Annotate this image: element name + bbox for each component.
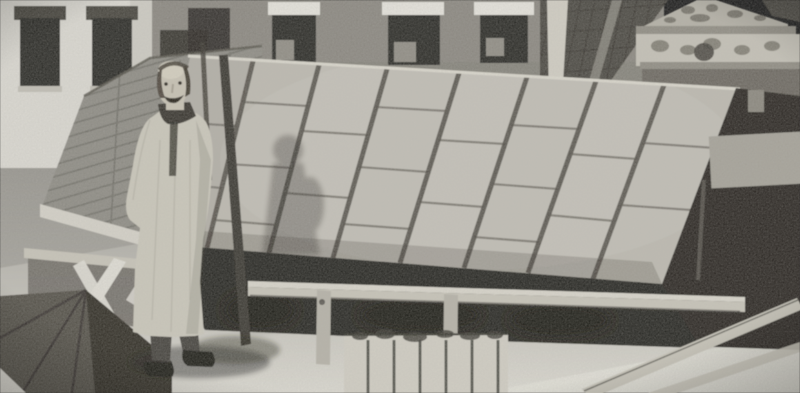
photo-canvas xyxy=(0,0,800,393)
vignette-overlay xyxy=(0,0,800,393)
photograph-rooftop-solar-array xyxy=(0,0,800,393)
